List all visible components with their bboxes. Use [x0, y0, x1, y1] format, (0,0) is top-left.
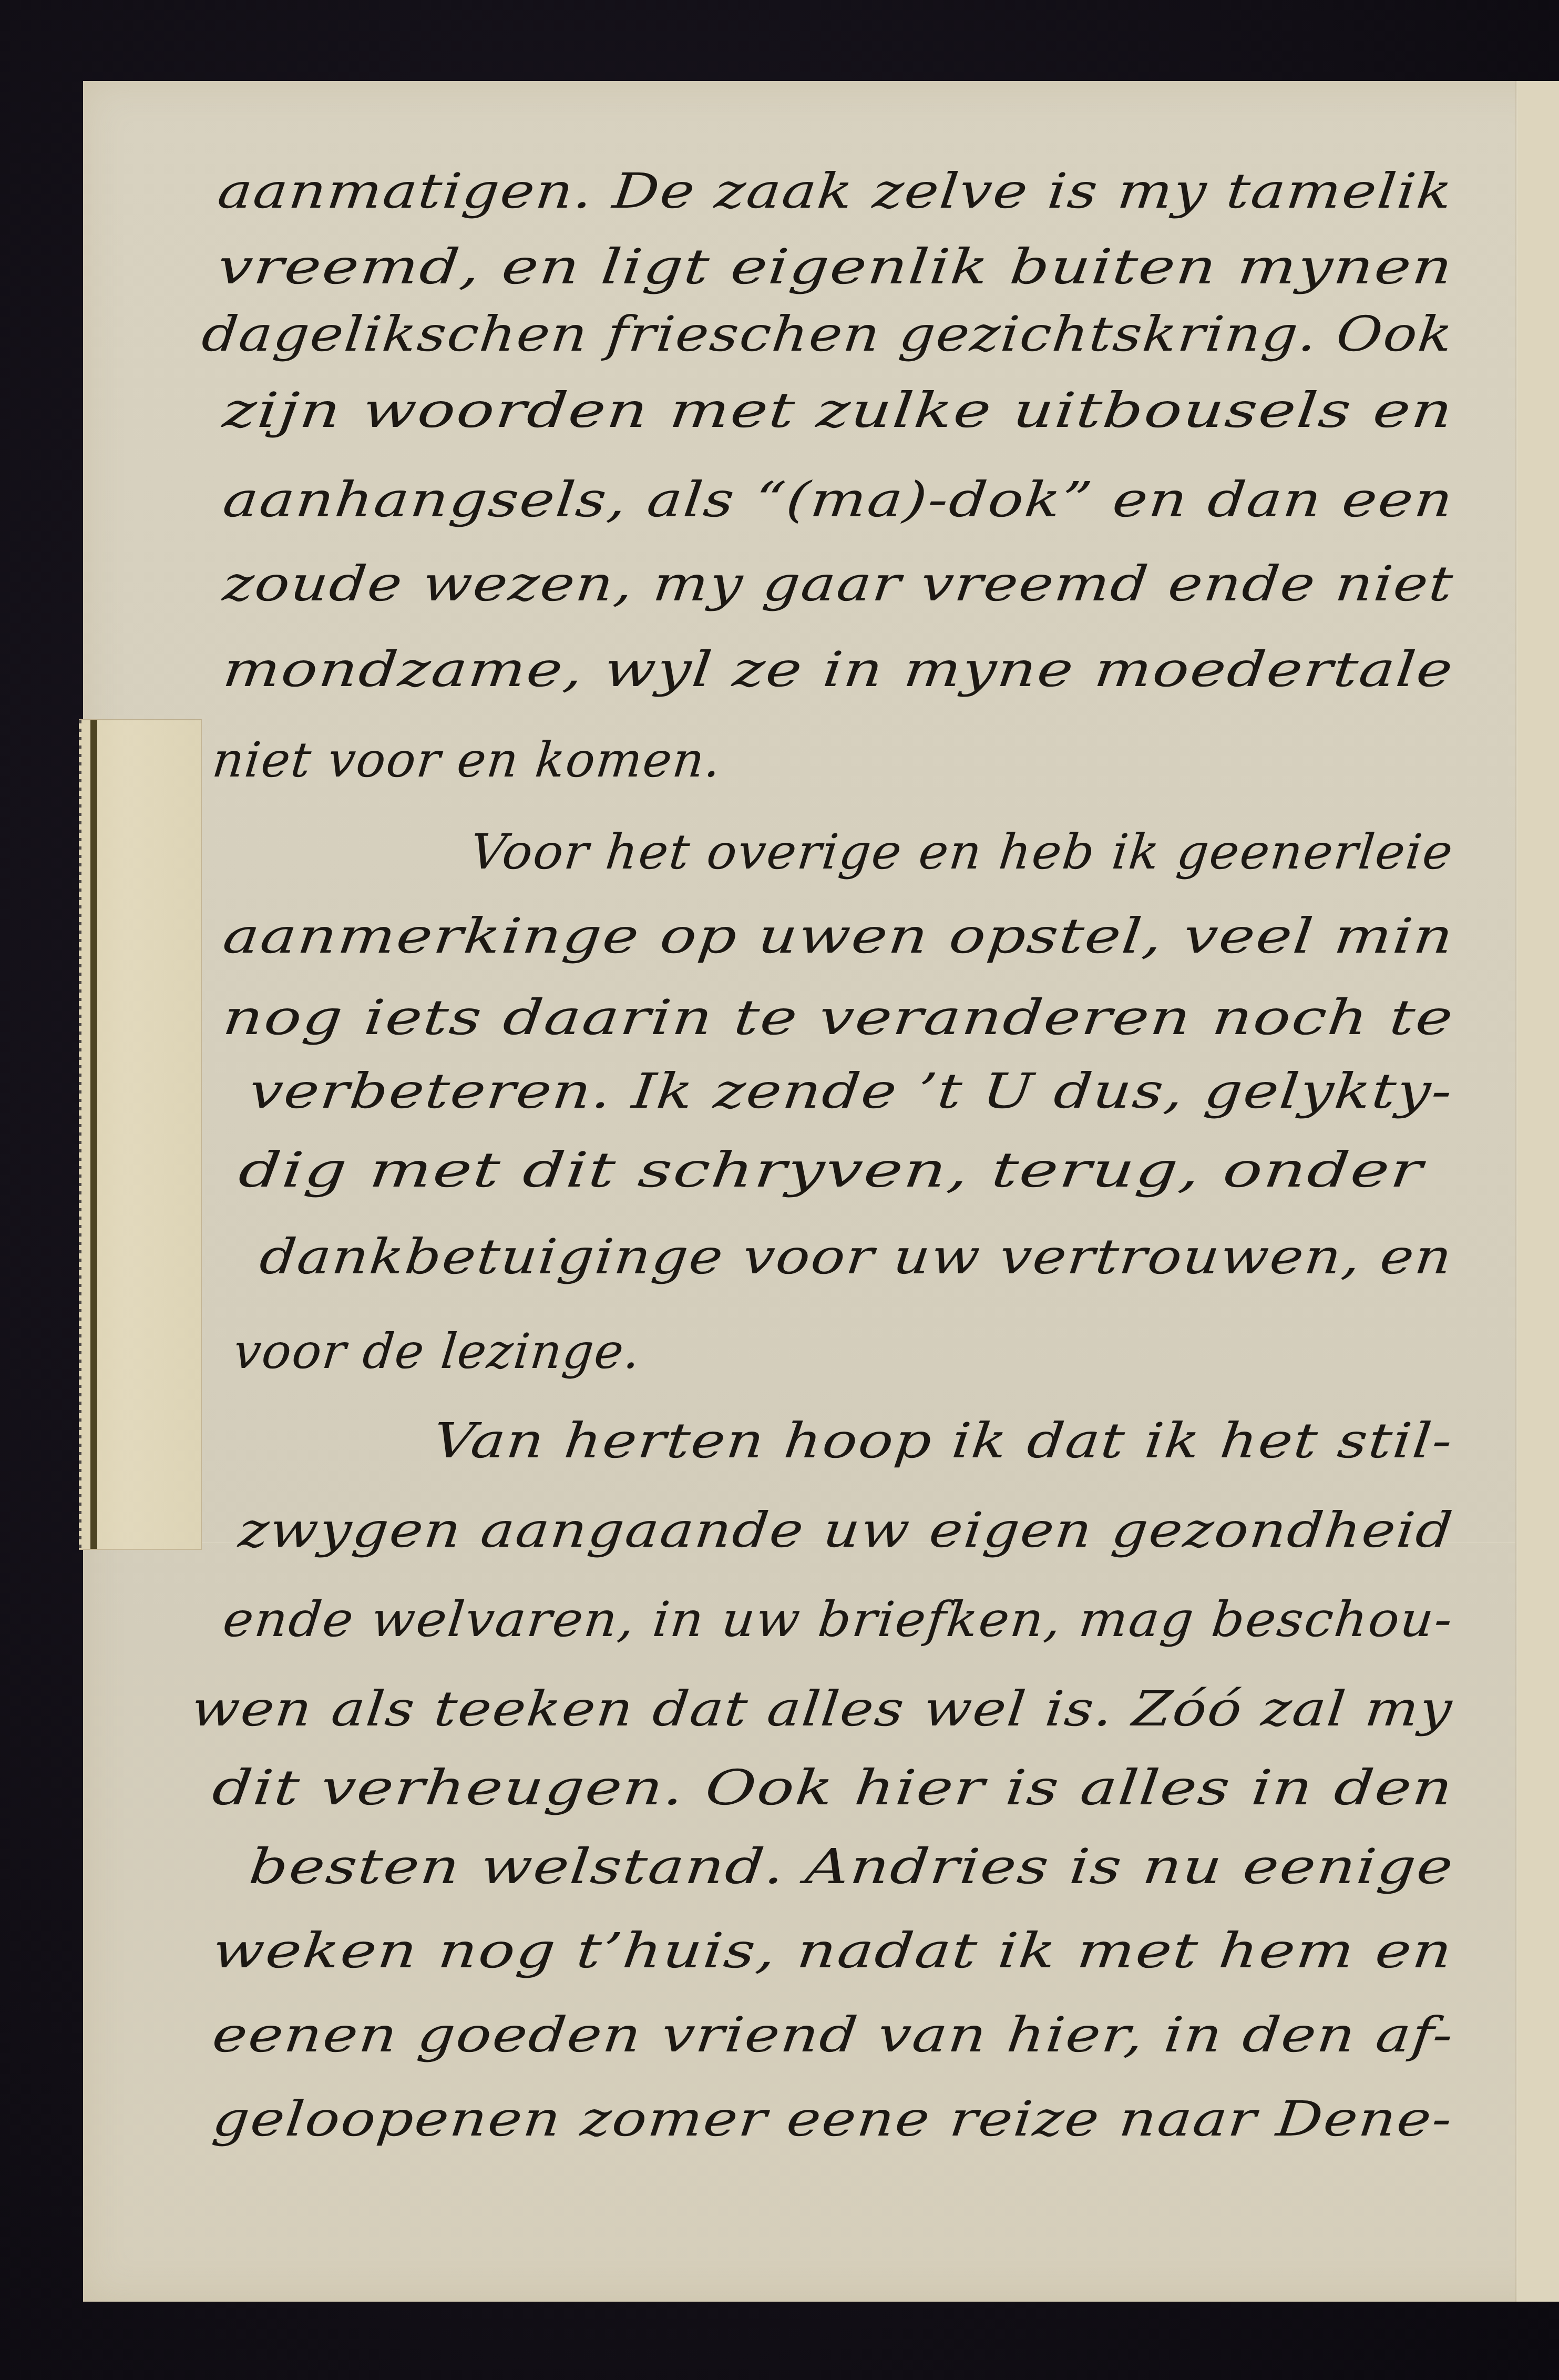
text-line: zijn woorden met zulke uitbousels en — [221, 386, 1456, 435]
folded-page-edge — [1517, 81, 1559, 2302]
text-line: niet voor en komen. — [210, 736, 724, 784]
text-line: besten welstand. Andries is nu eenige — [247, 1843, 1457, 1891]
text-line: dankbetuiginge voor uw vertrouwen, en — [258, 1233, 1455, 1281]
text-line: zwygen aangaande uw eigen gezondheid — [237, 1506, 1456, 1555]
text-line: weken nog t’huis, nadat ik met hem en — [210, 1927, 1455, 1975]
text-line: vreemd, en ligt eigenlik buiten mynen — [216, 243, 1456, 291]
text-line: verbeteren. Ik zende ’t U dus, gelykty- — [247, 1067, 1455, 1116]
text-line: aanmerkinge op uwen opstel, veel min — [221, 912, 1457, 961]
torn-edge — [77, 720, 81, 1549]
text-line: mondzame, wyl ze in myne moedertale — [221, 646, 1456, 694]
text-line: dagelikschen frieschen gezichtskring. Oo… — [200, 310, 1456, 359]
mounting-strip — [79, 719, 202, 1550]
text-line: aanmatigen. De zaak zelve is my tamelik — [216, 167, 1455, 216]
paragraph-start-line: Van herten hoop ik dat ik het stil- — [431, 1417, 1455, 1465]
mounting-strip-rule — [90, 720, 97, 1549]
text-line: dit verheugen. Ook hier is alles in den — [210, 1764, 1456, 1812]
text-line: geloopenen zomer eene reize naar Dene- — [210, 2095, 1455, 2143]
text-line: ende welvaren, in uw briefken, mag besch… — [221, 1596, 1455, 1644]
text-line: dig met dit schryven, terug, onder — [237, 1146, 1426, 1194]
text-line: aanhangsels, als “(ma)-dok” en dan een — [221, 476, 1456, 524]
paragraph-start-line: Voor het overige en heb ik geenerleie — [468, 828, 1456, 876]
text-line: nog iets daarin te veranderen noch te — [221, 994, 1457, 1042]
text-line: voor de lezinge. — [231, 1327, 643, 1376]
text-line: wen als teeken dat alles wel is. Zóó zal… — [189, 1685, 1455, 1733]
text-line: zoude wezen, my gaar vreemd ende niet — [221, 560, 1456, 608]
text-line: eenen goeden vriend van hier, in den af- — [210, 2011, 1457, 2059]
